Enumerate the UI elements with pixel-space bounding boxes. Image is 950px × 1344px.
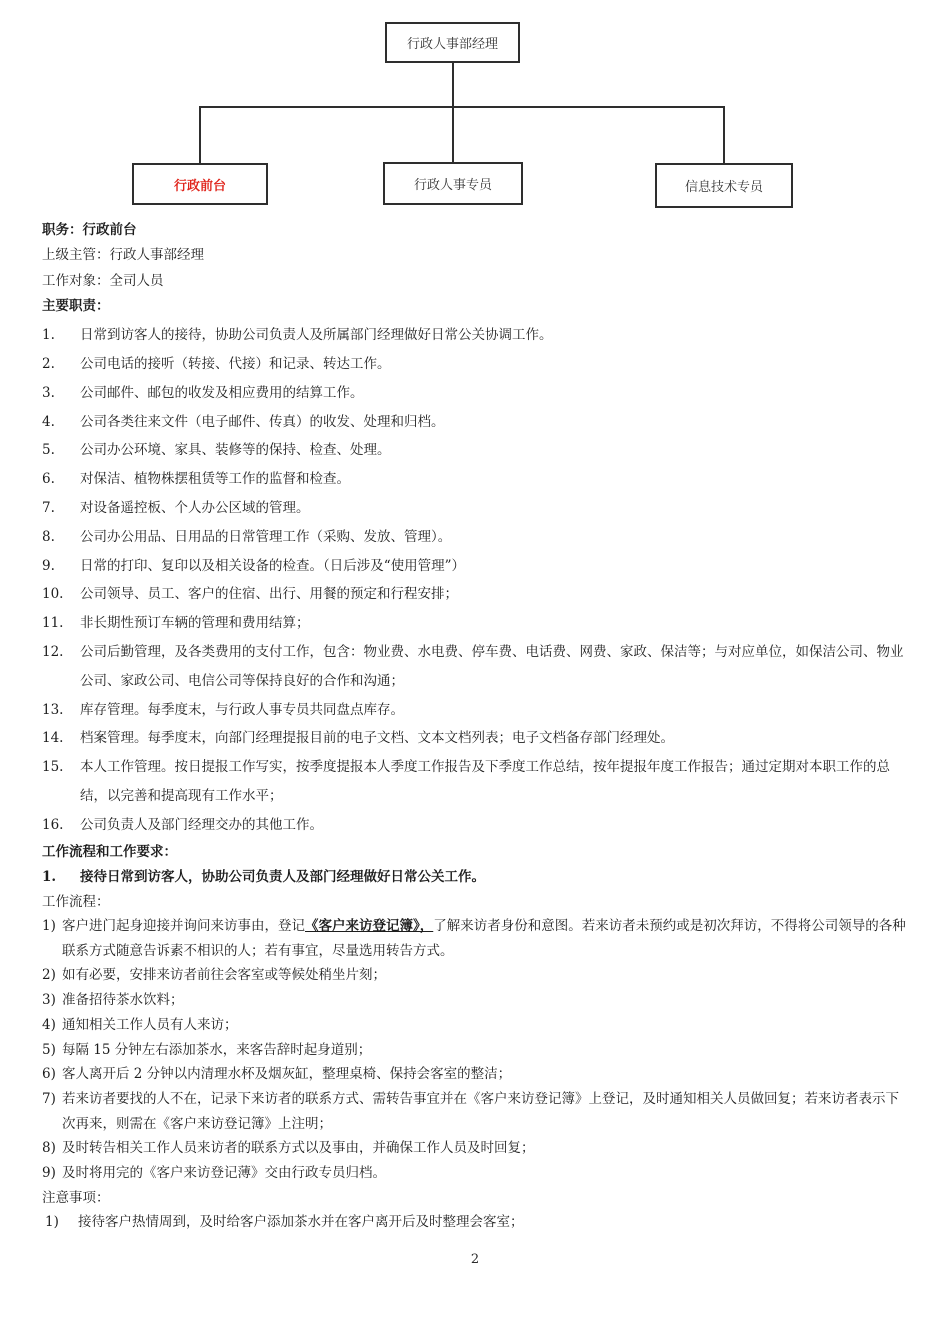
duty-item-number: 3. [42,379,80,408]
note-number: 1) [42,1210,78,1235]
duty-item-7: 7.对设备遥控板、个人办公区域的管理。 [42,494,908,523]
workflow-section-heading: 工作流程和工作要求： [42,840,908,865]
org-chart-root-label: 行政人事部经理 [407,33,498,52]
step-text: 通知相关工作人员有人来访； [62,1013,908,1038]
duty-item-number: 2. [42,350,80,379]
workflow-step-1: 1) 客户进门起身迎接并询问来访事由，登记《客户来访登记簿》，了解来访者身份和意… [42,914,908,963]
duty-item-number: 11. [42,609,80,638]
workflow-step-9: 9)及时将用完的《客户来访登记薄》交由行政专员归档。 [42,1161,908,1186]
duty-item-8: 8.公司办公用品、日用品的日常管理工作（采购、发放、管理）。 [42,523,908,552]
scope-line: 工作对象：全司人员 [42,269,908,294]
main-duties-heading: 主要职责： [42,294,908,319]
workflow-step-8: 8)及时转告相关工作人员来访者的联系方式以及事由，并确保工作人员及时回复； [42,1136,908,1161]
step-number: 9) [42,1161,62,1186]
workflow-task-text: 接待日常到访客人，协助公司负责人及部门经理做好日常公关工作。 [80,865,485,890]
step-number: 3) [42,988,62,1013]
duty-item-text: 公司办公用品、日用品的日常管理工作（采购、发放、管理）。 [80,523,908,552]
step-text: 客户进门起身迎接并询问来访事由，登记《客户来访登记簿》，了解来访者身份和意图。若… [62,914,908,963]
duty-item-text: 公司负责人及部门经理交办的其他工作。 [80,811,908,840]
duty-item-15: 15.本人工作管理。按日提报工作写实，按季度提报本人季度工作报告及下季度工作总结… [42,753,908,811]
duty-item-text: 本人工作管理。按日提报工作写实，按季度提报本人季度工作报告及下季度工作总结，按年… [80,753,908,811]
org-chart-connector-root [452,63,454,106]
step-text: 客人离开后 2 分钟以内清理水杯及烟灰缸，整理桌椅、保持会客室的整洁； [62,1062,908,1087]
workflow-step-2: 2)如有必要，安排来访者前往会客室或等候处稍坐片刻； [42,963,908,988]
duty-item-9: 9.日常的打印、复印以及相关设备的检查。（日后涉及“使用管理”） [42,552,908,581]
workflow-step-4: 4)通知相关工作人员有人来访； [42,1013,908,1038]
duty-item-text: 日常的打印、复印以及相关设备的检查。（日后涉及“使用管理”） [80,552,908,581]
duty-item-number: 16. [42,811,80,840]
step-number: 8) [42,1136,62,1161]
duty-item-text: 档案管理。每季度末，向部门经理提报目前的电子文档、文本文档列表；电子文档备存部门… [80,724,908,753]
step-number: 4) [42,1013,62,1038]
workflow-step-3: 3)准备招待茶水饮料； [42,988,908,1013]
duty-item-16: 16.公司负责人及部门经理交办的其他工作。 [42,811,908,840]
duty-item-text: 库存管理。每季度末，与行政人事专员共同盘点库存。 [80,696,908,725]
duty-item-text: 日常到访客人的接待，协助公司负责人及所属部门经理做好日常公关协调工作。 [80,321,908,350]
duty-item-number: 7. [42,494,80,523]
step-number: 1) [42,914,62,963]
duty-item-number: 6. [42,465,80,494]
note-item-1: 1)接待客户热情周到，及时给客户添加茶水并在客户离开后及时整理会客室； [42,1210,908,1235]
duty-item-number: 4. [42,408,80,437]
duty-item-text: 对设备遥控板、个人办公区域的管理。 [80,494,908,523]
step-text: 及时转告相关工作人员来访者的联系方式以及事由，并确保工作人员及时回复； [62,1136,908,1161]
duty-item-number: 5. [42,436,80,465]
workflow-step-6: 6)客人离开后 2 分钟以内清理水杯及烟灰缸，整理桌椅、保持会客室的整洁； [42,1062,908,1087]
duty-item-13: 13.库存管理。每季度末，与行政人事专员共同盘点库存。 [42,696,908,725]
main-duties-list: 1.日常到访客人的接待，协助公司负责人及所属部门经理做好日常公关协调工作。 2.… [42,321,908,839]
duty-item-number: 8. [42,523,80,552]
document-body: 职务：行政前台 上级主管：行政人事部经理 工作对象：全司人员 主要职责： 1.日… [42,218,908,1235]
workflow-task-line: 1. 接待日常到访客人，协助公司负责人及部门经理做好日常公关工作。 [42,865,908,890]
step-text: 每隔 15 分钟左右添加茶水，来客告辞时起身道别； [62,1038,908,1063]
duty-item-10: 10.公司领导、员工、客户的住宿、出行、用餐的预定和行程安排； [42,580,908,609]
duty-item-text: 非长期性预订车辆的管理和费用结算； [80,609,908,638]
duty-item-number: 14. [42,724,80,753]
notes-list: 1)接待客户热情周到，及时给客户添加茶水并在客户离开后及时整理会客室； [42,1210,908,1235]
duty-item-number: 10. [42,580,80,609]
workflow-steps-list: 1) 客户进门起身迎接并询问来访事由，登记《客户来访登记簿》，了解来访者身份和意… [42,914,908,1186]
duty-item-text: 公司领导、员工、客户的住宿、出行、用餐的预定和行程安排； [80,580,908,609]
duty-item-6: 6.对保洁、植物株摆租赁等工作的监督和检查。 [42,465,908,494]
duty-item-5: 5.公司办公环境、家具、装修等的保持、检查、处理。 [42,436,908,465]
org-chart-connector-middle [452,106,454,163]
duty-item-text: 公司后勤管理，及各类费用的支付工作，包含：物业费、水电费、停车费、电话费、网费、… [80,638,908,696]
job-title-line: 职务：行政前台 [42,218,908,243]
duty-item-text: 公司邮件、邮包的收发及相应费用的结算工作。 [80,379,908,408]
step-text-pre: 客户进门起身迎接并询问来访事由，登记 [62,918,305,934]
process-label: 工作流程： [42,890,908,915]
duty-item-number: 13. [42,696,80,725]
org-chart-child-box-hr-specialist: 行政人事专员 [383,162,523,205]
duty-item-number: 1. [42,321,80,350]
org-chart-hr-specialist-label: 行政人事专员 [414,174,492,193]
duty-item-text: 公司各类往来文件（电子邮件、传真）的收发、处理和归档。 [80,408,908,437]
step-text: 若来访者要找的人不在，记录下来访者的联系方式、需转告事宜并在《客户来访登记簿》上… [62,1087,908,1136]
org-chart-child-box-front-desk: 行政前台 [132,163,268,205]
step-number: 5) [42,1038,62,1063]
workflow-step-5: 5)每隔 15 分钟左右添加茶水，来客告辞时起身道别； [42,1038,908,1063]
workflow-task-number: 1. [42,865,80,890]
org-chart-front-desk-label: 行政前台 [174,175,226,194]
duty-item-2: 2.公司电话的接听（转接、代接）和记录、转达工作。 [42,350,908,379]
workflow-step-7: 7)若来访者要找的人不在，记录下来访者的联系方式、需转告事宜并在《客户来访登记簿… [42,1087,908,1136]
supervisor-line: 上级主管：行政人事部经理 [42,243,908,268]
org-chart-connector-horizontal [199,106,725,108]
org-chart-child-box-it-specialist: 信息技术专员 [655,163,793,208]
duty-item-text: 对保洁、植物株摆租赁等工作的监督和检查。 [80,465,908,494]
step-text: 及时将用完的《客户来访登记薄》交由行政专员归档。 [62,1161,908,1186]
duty-item-4: 4.公司各类往来文件（电子邮件、传真）的收发、处理和归档。 [42,408,908,437]
org-chart-root-box: 行政人事部经理 [385,22,520,63]
duty-item-number: 9. [42,552,80,581]
document-page: 行政人事部经理 行政前台 行政人事专员 信息技术专员 职务：行政前台 上级主管：… [0,0,950,1344]
note-text: 接待客户热情周到，及时给客户添加茶水并在客户离开后及时整理会客室； [78,1210,908,1235]
duty-item-12: 12.公司后勤管理，及各类费用的支付工作，包含：物业费、水电费、停车费、电话费、… [42,638,908,696]
duty-item-text: 公司办公环境、家具、装修等的保持、检查、处理。 [80,436,908,465]
page-number: 2 [0,1252,950,1267]
duty-item-number: 15. [42,753,80,811]
step-text-underlined: 《客户来访登记簿》， [305,918,433,934]
duty-item-1: 1.日常到访客人的接待，协助公司负责人及所属部门经理做好日常公关协调工作。 [42,321,908,350]
step-number: 6) [42,1062,62,1087]
step-text: 如有必要，安排来访者前往会客室或等候处稍坐片刻； [62,963,908,988]
org-chart-connector-left [199,106,201,163]
org-chart-it-specialist-label: 信息技术专员 [685,176,763,195]
step-text: 准备招待茶水饮料； [62,988,908,1013]
org-chart-connector-right [723,106,725,163]
duty-item-text: 公司电话的接听（转接、代接）和记录、转达工作。 [80,350,908,379]
duty-item-11: 11.非长期性预订车辆的管理和费用结算； [42,609,908,638]
notes-label: 注意事项： [42,1186,908,1211]
step-number: 2) [42,963,62,988]
duty-item-14: 14.档案管理。每季度末，向部门经理提报目前的电子文档、文本文档列表；电子文档备… [42,724,908,753]
duty-item-3: 3.公司邮件、邮包的收发及相应费用的结算工作。 [42,379,908,408]
duty-item-number: 12. [42,638,80,696]
step-number: 7) [42,1087,62,1136]
